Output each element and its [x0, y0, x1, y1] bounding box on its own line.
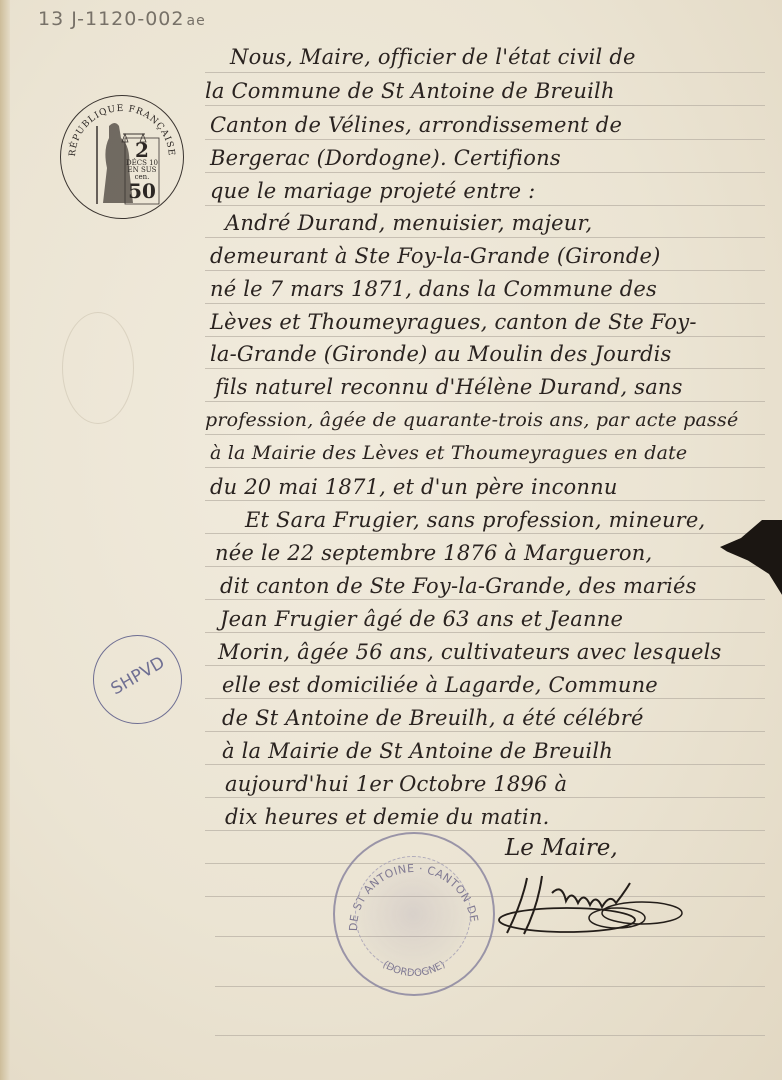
ruled-line: [205, 139, 765, 140]
archive-reference-suffix: ae: [186, 13, 205, 29]
body-line: née le 22 septembre 1876 à Margueron,: [215, 541, 652, 565]
body-line: que le mariage projeté entre :: [210, 179, 535, 203]
archive-reference-number: 13 J-1120-002: [38, 8, 184, 30]
ruled-line: [205, 632, 765, 633]
ruled-line: [205, 764, 765, 765]
body-line: à la Mairie des Lèves et Thoumeyragues e…: [210, 442, 687, 464]
ruled-line: [205, 797, 765, 798]
body-line: aujourd'hui 1er Octobre 1896 à: [225, 772, 567, 796]
ruled-line: [205, 237, 765, 238]
body-line: la-Grande (Gironde) au Moulin des Jourdi…: [210, 342, 671, 366]
ruled-line: [205, 205, 765, 206]
body-line: fils naturel reconnu d'Hélène Durand, sa…: [215, 375, 683, 399]
ruled-line: [205, 566, 765, 567]
body-line: elle est domiciliée à Lagarde, Commune: [222, 673, 658, 697]
seal-emblem-icon: [355, 856, 471, 972]
svg-text:J Brunet: J Brunet: [497, 868, 501, 869]
body-line: André Durand, menuisier, majeur,: [225, 211, 592, 235]
body-line: Canton de Vélines, arrondissement de: [210, 113, 622, 137]
body-line: né le 7 mars 1871, dans la Commune des: [210, 277, 657, 301]
ruled-line: [205, 830, 765, 831]
ruled-line: [205, 599, 765, 600]
body-line: la Commune de St Antoine de Breuilh: [205, 79, 615, 103]
body-line: Lèves et Thoumeyragues, canton de Ste Fo…: [210, 310, 697, 334]
ruled-line: [205, 467, 765, 468]
body-line: Nous, Maire, officier de l'état civil de: [230, 45, 636, 69]
body-line: dit canton de Ste Foy-la-Grande, des mar…: [220, 574, 697, 598]
fiscal-tax-stamp: RÉPUBLIQUE FRANÇAISE 2 DÉCS 10 EN SUS ce…: [60, 95, 184, 219]
ruled-line: [205, 665, 765, 666]
ruled-line: [215, 1035, 765, 1036]
body-line: Bergerac (Dordogne). Certifions: [210, 146, 561, 170]
ruled-line: [205, 105, 765, 106]
ruled-line: [205, 368, 765, 369]
body-line: profession, âgée de quarante-trois ans, …: [205, 409, 738, 431]
body-line: Morin, âgée 56 ans, cultivateurs avec le…: [218, 640, 722, 664]
body-line: Et Sara Frugier, sans profession, mineur…: [245, 508, 705, 532]
mairie-seal: MAIRIE DE ST ANTOINE · CANTON DE VÉLINES…: [333, 832, 495, 996]
ruled-line: [205, 533, 765, 534]
page-edge: [0, 0, 10, 1080]
ruled-line: [205, 172, 765, 173]
document-page: 13 J-1120-002ae RÉPUBLIQUE FRANÇAISE 2 D…: [0, 0, 782, 1080]
body-line: Jean Frugier âgé de 63 ans et Jeanne: [220, 607, 623, 631]
ruled-line: [205, 731, 765, 732]
tax-value-main: 2: [125, 140, 159, 160]
ruled-line: [205, 303, 765, 304]
ruled-line: [205, 500, 765, 501]
ruled-line: [205, 336, 765, 337]
body-line: du 20 mai 1871, et d'un père inconnu: [210, 475, 618, 499]
shpvd-stamp-text: SHPVD: [102, 649, 174, 702]
shpvd-library-stamp: SHPVD: [93, 635, 182, 724]
archive-reference: 13 J-1120-002ae: [38, 8, 206, 30]
ruled-line: [205, 401, 765, 402]
marianne-justice-icon: RÉPUBLIQUE FRANÇAISE: [61, 96, 183, 218]
ruled-line: [205, 72, 765, 73]
ruled-line: [205, 434, 765, 435]
mayor-signature: J Brunet: [497, 868, 687, 948]
tax-value-cents: 50: [125, 181, 159, 201]
mayor-title: Le Maire,: [505, 835, 618, 861]
ruled-line: [205, 270, 765, 271]
body-line: à la Mairie de St Antoine de Breuilh: [222, 739, 613, 763]
ruled-line: [205, 698, 765, 699]
body-line: demeurant à Ste Foy-la-Grande (Gironde): [210, 244, 661, 268]
paper-watermark: [62, 312, 134, 424]
tax-value: 2 DÉCS 10 EN SUS cen. 50: [125, 140, 159, 201]
body-line: de St Antoine de Breuilh, a été célébré: [222, 706, 644, 730]
body-line: dix heures et demie du matin.: [225, 805, 549, 829]
